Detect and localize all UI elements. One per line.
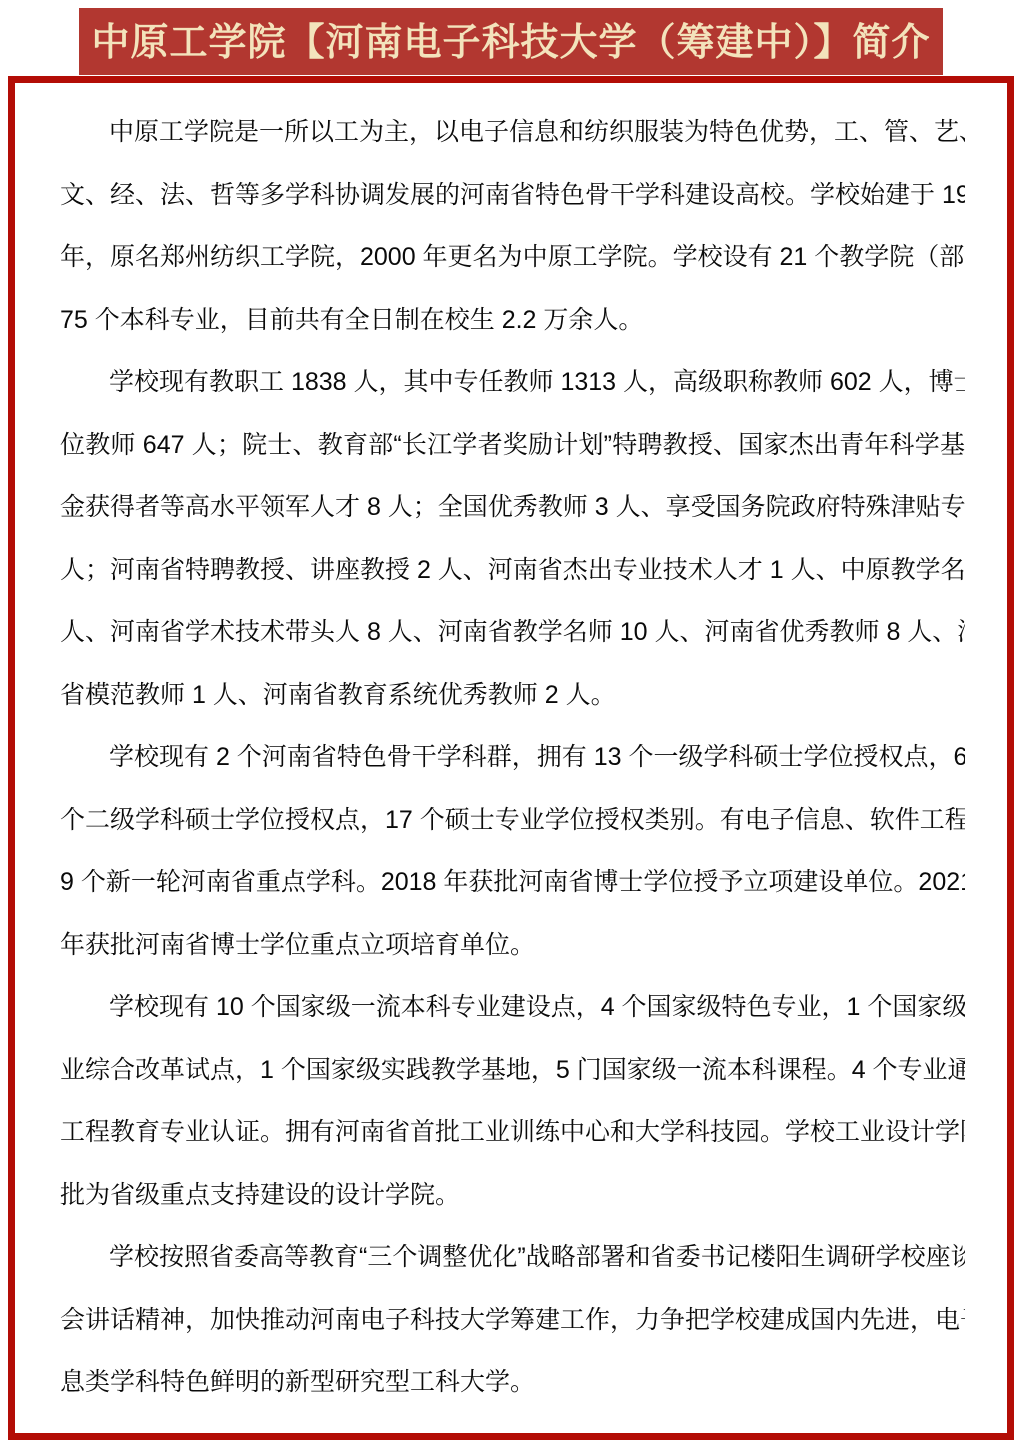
text-line: 年，原名郑州纺织工学院，2000 年更名为中原工学院。学校设有 21 个教学院（… — [60, 226, 965, 289]
text-line: 中原工学院是一所以工为主，以电子信息和纺织服装为特色优势，工、管、艺、理、 — [60, 101, 965, 164]
text-line: 省模范教师 1 人、河南省教育系统优秀教师 2 人。 — [60, 664, 965, 727]
text-line: 工程教育专业认证。拥有河南省首批工业训练中心和大学科技园。学校工业设计学院获 — [60, 1101, 965, 1164]
text-line: 人；河南省特聘教授、讲座教授 2 人、河南省杰出专业技术人才 1 人、中原教学名… — [60, 539, 965, 602]
text-line: 位教师 647 人；院士、教育部“长江学者奖励计划”特聘教授、国家杰出青年科学基 — [60, 414, 965, 477]
text-line: 学校现有 10 个国家级一流本科专业建设点，4 个国家级特色专业，1 个国家级专 — [60, 976, 965, 1039]
document-frame: 中原工学院是一所以工为主，以电子信息和纺织服装为特色优势，工、管、艺、理、文、经… — [8, 76, 1014, 1440]
text-line: 息类学科特色鲜明的新型研究型工科大学。 — [60, 1351, 965, 1414]
page-title: 中原工学院【河南电子科技大学（筹建中）】简介 — [91, 22, 930, 62]
text-line: 9 个新一轮河南省重点学科。2018 年获批河南省博士学位授予立项建设单位。20… — [60, 851, 965, 914]
text-line: 个二级学科硕士学位授权点，17 个硕士专业学位授权类别。有电子信息、软件工程等 — [60, 789, 965, 852]
text-line: 年获批河南省博士学位重点立项培育单位。 — [60, 914, 965, 977]
paragraph: 学校现有教职工 1838 人，其中专任教师 1313 人，高级职称教师 602 … — [60, 351, 965, 726]
paragraph: 学校按照省委高等教育“三个调整优化”战略部署和省委书记楼阳生调研学校座谈会讲话精… — [60, 1226, 965, 1414]
text-line: 业综合改革试点，1 个国家级实践教学基地，5 门国家级一流本科课程。4 个专业通… — [60, 1039, 965, 1102]
text-line: 75 个本科专业，目前共有全日制在校生 2.2 万余人。 — [60, 289, 965, 352]
title-banner: 中原工学院【河南电子科技大学（筹建中）】简介 — [79, 8, 943, 75]
text-line: 会讲话精神，加快推动河南电子科技大学筹建工作，力争把学校建成国内先进，电子信 — [60, 1289, 965, 1352]
paragraph: 学校现有 10 个国家级一流本科专业建设点，4 个国家级特色专业，1 个国家级专… — [60, 976, 965, 1226]
text-line: 金获得者等高水平领军人才 8 人；全国优秀教师 3 人、享受国务院政府特殊津贴专… — [60, 476, 965, 539]
document-body: 中原工学院是一所以工为主，以电子信息和纺织服装为特色优势，工、管、艺、理、文、经… — [60, 101, 965, 1414]
paragraph: 学校现有 2 个河南省特色骨干学科群，拥有 13 个一级学科硕士学位授权点，60… — [60, 726, 965, 976]
paragraph: 中原工学院是一所以工为主，以电子信息和纺织服装为特色优势，工、管、艺、理、文、经… — [60, 101, 965, 351]
text-line: 批为省级重点支持建设的设计学院。 — [60, 1164, 965, 1227]
text-line: 文、经、法、哲等多学科协调发展的河南省特色骨干学科建设高校。学校始建于 1955 — [60, 164, 965, 227]
page: { "page": { "background_color": "#FFFFFF… — [0, 0, 1024, 1448]
text-line: 学校现有教职工 1838 人，其中专任教师 1313 人，高级职称教师 602 … — [60, 351, 965, 414]
text-line: 人、河南省学术技术带头人 8 人、河南省教学名师 10 人、河南省优秀教师 8 … — [60, 601, 965, 664]
text-line: 学校现有 2 个河南省特色骨干学科群，拥有 13 个一级学科硕士学位授权点，60 — [60, 726, 965, 789]
text-line: 学校按照省委高等教育“三个调整优化”战略部署和省委书记楼阳生调研学校座谈 — [60, 1226, 965, 1289]
